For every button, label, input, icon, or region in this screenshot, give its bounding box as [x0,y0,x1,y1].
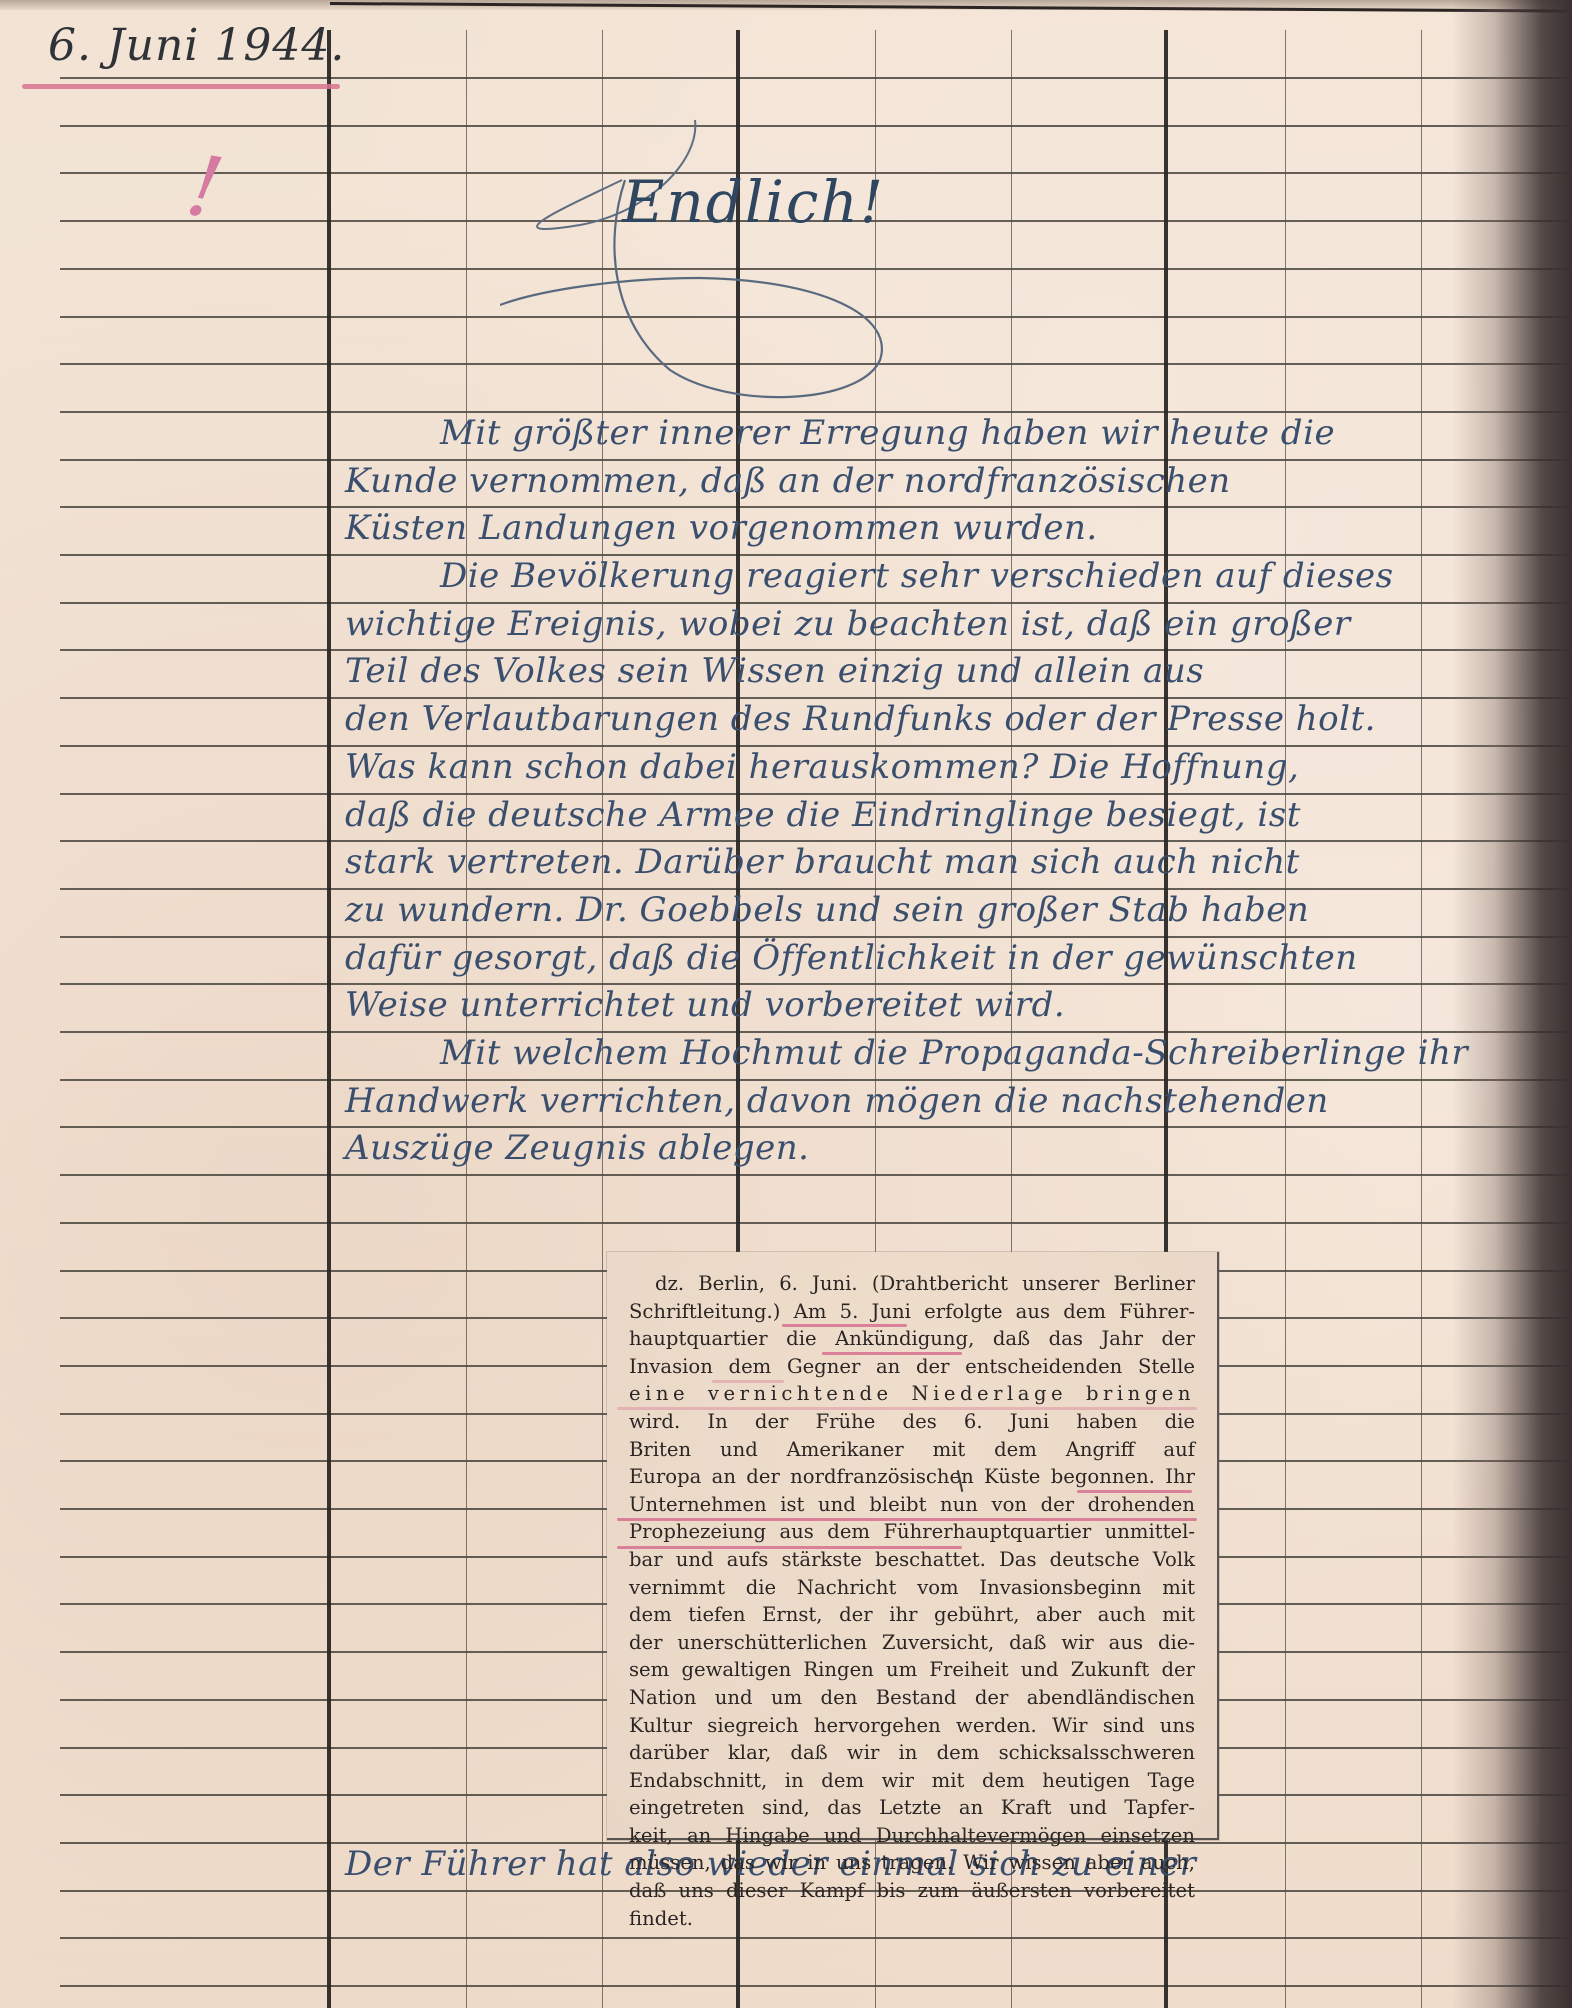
red-pencil-underline [782,1324,907,1327]
handwritten-line: Kunde vernommen, daß an der nordfranzösi… [345,461,1231,501]
handwritten-line: den Verlautbarungen des Rundfunks oder d… [345,699,1376,739]
ledger-column-divider [1421,30,1422,2008]
red-pencil-underline [1077,1490,1192,1493]
handwritten-line: wichtige Ereignis, wobei zu beachten ist… [345,604,1351,644]
clipping-line: Europa an der nordfranzösischen Küste be… [629,1463,1195,1491]
handwritten-line: Weise unterrichtet und vorbereitet wird. [345,985,1065,1025]
ruled-row-line [60,77,1572,79]
clipping-line: dz. Berlin, 6. Juni. (Drahtbericht unser… [629,1270,1195,1298]
handwritten-line: zu wundern. Dr. Goebbels und sein großer… [345,890,1309,930]
clipping-text: dz. Berlin, 6. Juni. (Drahtbericht unser… [629,1270,1195,1932]
handwritten-line: dafür gesorgt, daß die Öffentlichkeit in… [345,938,1358,978]
clipping-line: Prophezeiung aus dem Führerhauptquartier… [629,1518,1195,1546]
clipping-line: Endabschnitt, in dem wir mit dem heutige… [629,1767,1195,1795]
red-pencil-underline [712,1380,784,1383]
handwritten-line: daß die deutsche Armee die Eindringlinge… [345,795,1301,835]
red-pencil-underline [617,1407,1197,1410]
ledger-column-divider-thick [327,30,331,2008]
ruled-row-line [60,1222,1572,1224]
clipping-line: keit, an Hingabe und Durchhaltevermögen … [629,1822,1195,1850]
handwritten-line: Mit welchem Hochmut die Propaganda-Schre… [440,1033,1468,1073]
clipping-line: darüber klar, daß wir in dem schicksalss… [629,1739,1195,1767]
clipping-line: vernimmt die Nachricht vom Invasionsbegi… [629,1574,1195,1602]
handwritten-line: Teil des Volkes sein Wissen einzig und a… [345,651,1204,691]
clipping-line: dem tiefen Ernst, der ihr gebührt, aber … [629,1601,1195,1629]
clipping-line: eine vernichtende Niederlage bringen [629,1380,1195,1408]
newspaper-clipping: dz. Berlin, 6. Juni. (Drahtbericht unser… [607,1252,1219,1840]
clipping-line: Kultur siegreich hervorgehen werden. Wir… [629,1712,1195,1740]
clipping-line: der unerschütterlichen Zuversicht, daß w… [629,1629,1195,1657]
date-red-underline [22,84,340,89]
clipping-line: Briten und Amerikaner mit dem Angriff au… [629,1436,1195,1464]
ruled-row-line [60,1985,1572,1987]
ruled-row-line [60,1937,1572,1939]
clipping-line: Nation und um den Bestand der abendländi… [629,1684,1195,1712]
clipping-line: Unternehmen ist und bleibt nun von der d… [629,1491,1195,1519]
red-pencil-underline [822,1352,962,1355]
clipping-line: daß uns dieser Kampf bis zum äußersten v… [629,1877,1195,1905]
clipping-line: sem gewaltigen Ringen um Freiheit und Zu… [629,1656,1195,1684]
ruled-row-line [60,1126,1572,1128]
handwritten-line: Handwerk verrichten, davon mögen die nac… [345,1081,1329,1121]
handwritten-line: stark vertreten. Darüber braucht man sic… [345,842,1300,882]
clipping-line: müssen, das wir in uns tragen. Wir wisse… [629,1849,1195,1877]
clipping-line: wird. In der Frühe des 6. Juni haben die [629,1408,1195,1436]
handwritten-line: Was kann schon dabei herauskommen? Die H… [345,747,1299,787]
red-pencil-underline [617,1518,1197,1521]
clipping-line: findet. [629,1905,1195,1933]
clipping-line: bar und aufs stärkste beschattet. Das de… [629,1546,1195,1574]
handwritten-line: Küsten Landungen vorgenommen wurden. [345,508,1098,548]
handwritten-line: Die Bevölkerung reagiert sehr verschiede… [440,556,1394,596]
clipping-line: Invasion dem Gegner an der entscheidende… [629,1353,1195,1381]
clipping-line: Schriftleitung.) Am 5. Juni erfolgte aus… [629,1298,1195,1326]
clipping-line: hauptquartier die Ankündigung, daß das J… [629,1325,1195,1353]
page-gutter-shadow [1452,0,1572,2008]
margin-exclamation-mark: ! [180,136,230,238]
red-pencil-underline [617,1546,962,1549]
clipping-line: eingetreten sind, das Letzte an Kraft un… [629,1794,1195,1822]
ruled-row-line [60,1174,1572,1176]
margin-date: 6. Juni 1944. [48,20,345,71]
entry-heading: Endlich! [622,168,885,236]
heading-flourish-icon [500,100,920,420]
ledger-page: 6. Juni 1944. ! Endlich! Mit größter inn… [0,0,1572,2008]
handwritten-line: Auszüge Zeugnis ablegen. [345,1128,809,1168]
handwritten-line: Mit größter innerer Erregung haben wir h… [440,413,1335,453]
ledger-column-divider [1285,30,1286,2008]
